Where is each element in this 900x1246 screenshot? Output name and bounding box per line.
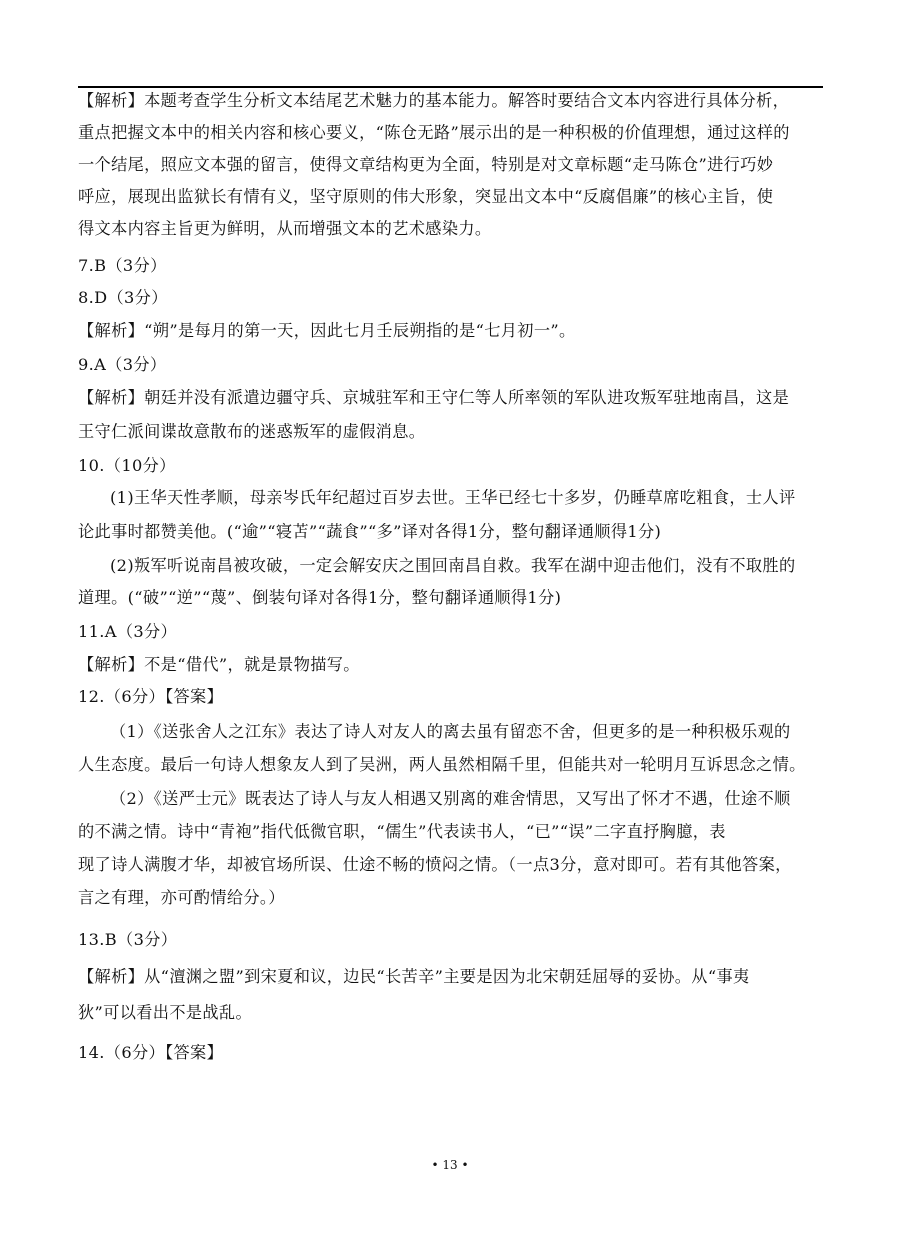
text-line: 7.B（3分） [78,256,828,276]
text-line: （2）《送严士元》既表达了诗人与友人相遇又别离的难舍情思，又写出了怀才不遇，仕途… [110,789,860,809]
text-line: 得文本内容主旨更为鲜明，从而增强文本的艺术感染力。 [78,219,828,239]
text-line: 【解析】不是“借代”，就是景物描写。 [78,655,828,675]
text-line: 人生态度。最后一句诗人想象友人到了吴洲，两人虽然相隔千里，但能共对一轮明月互诉思… [78,755,828,775]
header-rule [78,86,823,88]
text-line: 呼应，展现出监狱长有情有义，坚守原则的伟大形象，突显出文本中“反腐倡廉”的核心主… [78,187,828,207]
text-line: 王守仁派间谍故意散布的迷惑叛军的虚假消息。 [78,422,828,442]
text-line: 重点把握文本中的相关内容和核心要义，“陈仓无路”展示出的是一种积极的价值理想，通… [78,123,828,143]
text-line: 【解析】“朔”是每月的第一天，因此七月壬辰朔指的是“七月初一”。 [78,321,828,341]
text-line: 11.A（3分） [78,622,828,642]
text-line: (1)王华天性孝顺，母亲岑氏年纪超过百岁去世。王华已经七十多岁，仍睡草席吃粗食，… [110,488,860,508]
text-line: 的不满之情。诗中“青袍”指代低微官职，“儒生”代表读书人，“已”“误”二字直抒胸… [78,822,828,842]
text-line: 8.D（3分） [78,288,828,308]
text-line: 14.（6分）【答案】 [78,1043,828,1063]
text-line: 现了诗人满腹才华，却被官场所误、仕途不畅的愤闷之情。（一点3分，意对即可。若有其… [78,855,828,875]
text-line: 【解析】本题考查学生分析文本结尾艺术魅力的基本能力。解答时要结合文本内容进行具体… [78,91,828,111]
text-line: （1）《送张舍人之江东》表达了诗人对友人的离去虽有留恋不舍，但更多的是一种积极乐… [110,722,860,742]
text-line: 12.（6分）【答案】 [78,687,828,707]
text-line: 道理。(“破”“逆”“蔑”、倒装句译对各得1分，整句翻译通顺得1分) [78,588,828,608]
text-line: 一个结尾，照应文本强的留言，使得文章结构更为全面，特别是对文章标题“走马陈仓”进… [78,155,828,175]
text-line: (2)叛军听说南昌被攻破，一定会解安庆之围回南昌自救。我军在湖中迎击他们，没有不… [110,556,860,576]
page-number: • 13 • [0,1158,900,1172]
text-line: 9.A（3分） [78,355,828,375]
text-line: 13.B（3分） [78,930,828,950]
text-line: 【解析】朝廷并没有派遣边疆守兵、京城驻军和王守仁等人所率领的军队进攻叛军驻地南昌… [78,388,828,408]
text-line: 论此事时都赞美他。(“逾”“寝苫”“蔬食”“多”译对各得1分，整句翻译通顺得1分… [78,522,828,542]
text-line: 言之有理，亦可酌情给分。） [78,888,828,908]
text-line: 【解析】从“澶渊之盟”到宋夏和议，边民“长苦辛”主要是因为北宋朝廷屈辱的妥协。从… [78,967,828,987]
text-line: 10.（10分） [78,456,828,476]
text-line: 狄”可以看出不是战乱。 [78,1003,828,1023]
